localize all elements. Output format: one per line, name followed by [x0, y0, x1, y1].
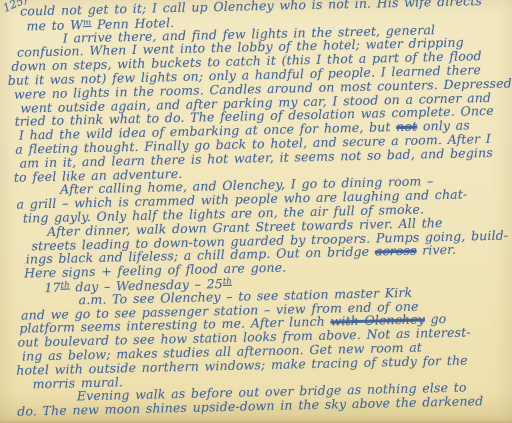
manuscript-page: 125) ‥ could not get to it; I call up Ol…: [0, 0, 512, 423]
superscript-text: th: [223, 277, 232, 287]
struck-text: across: [375, 243, 417, 259]
manuscript-lines: could not get to it; I call up Olenchey …: [0, 0, 512, 419]
superscript-text: th: [60, 280, 69, 290]
superscript-text: m: [83, 18, 91, 28]
